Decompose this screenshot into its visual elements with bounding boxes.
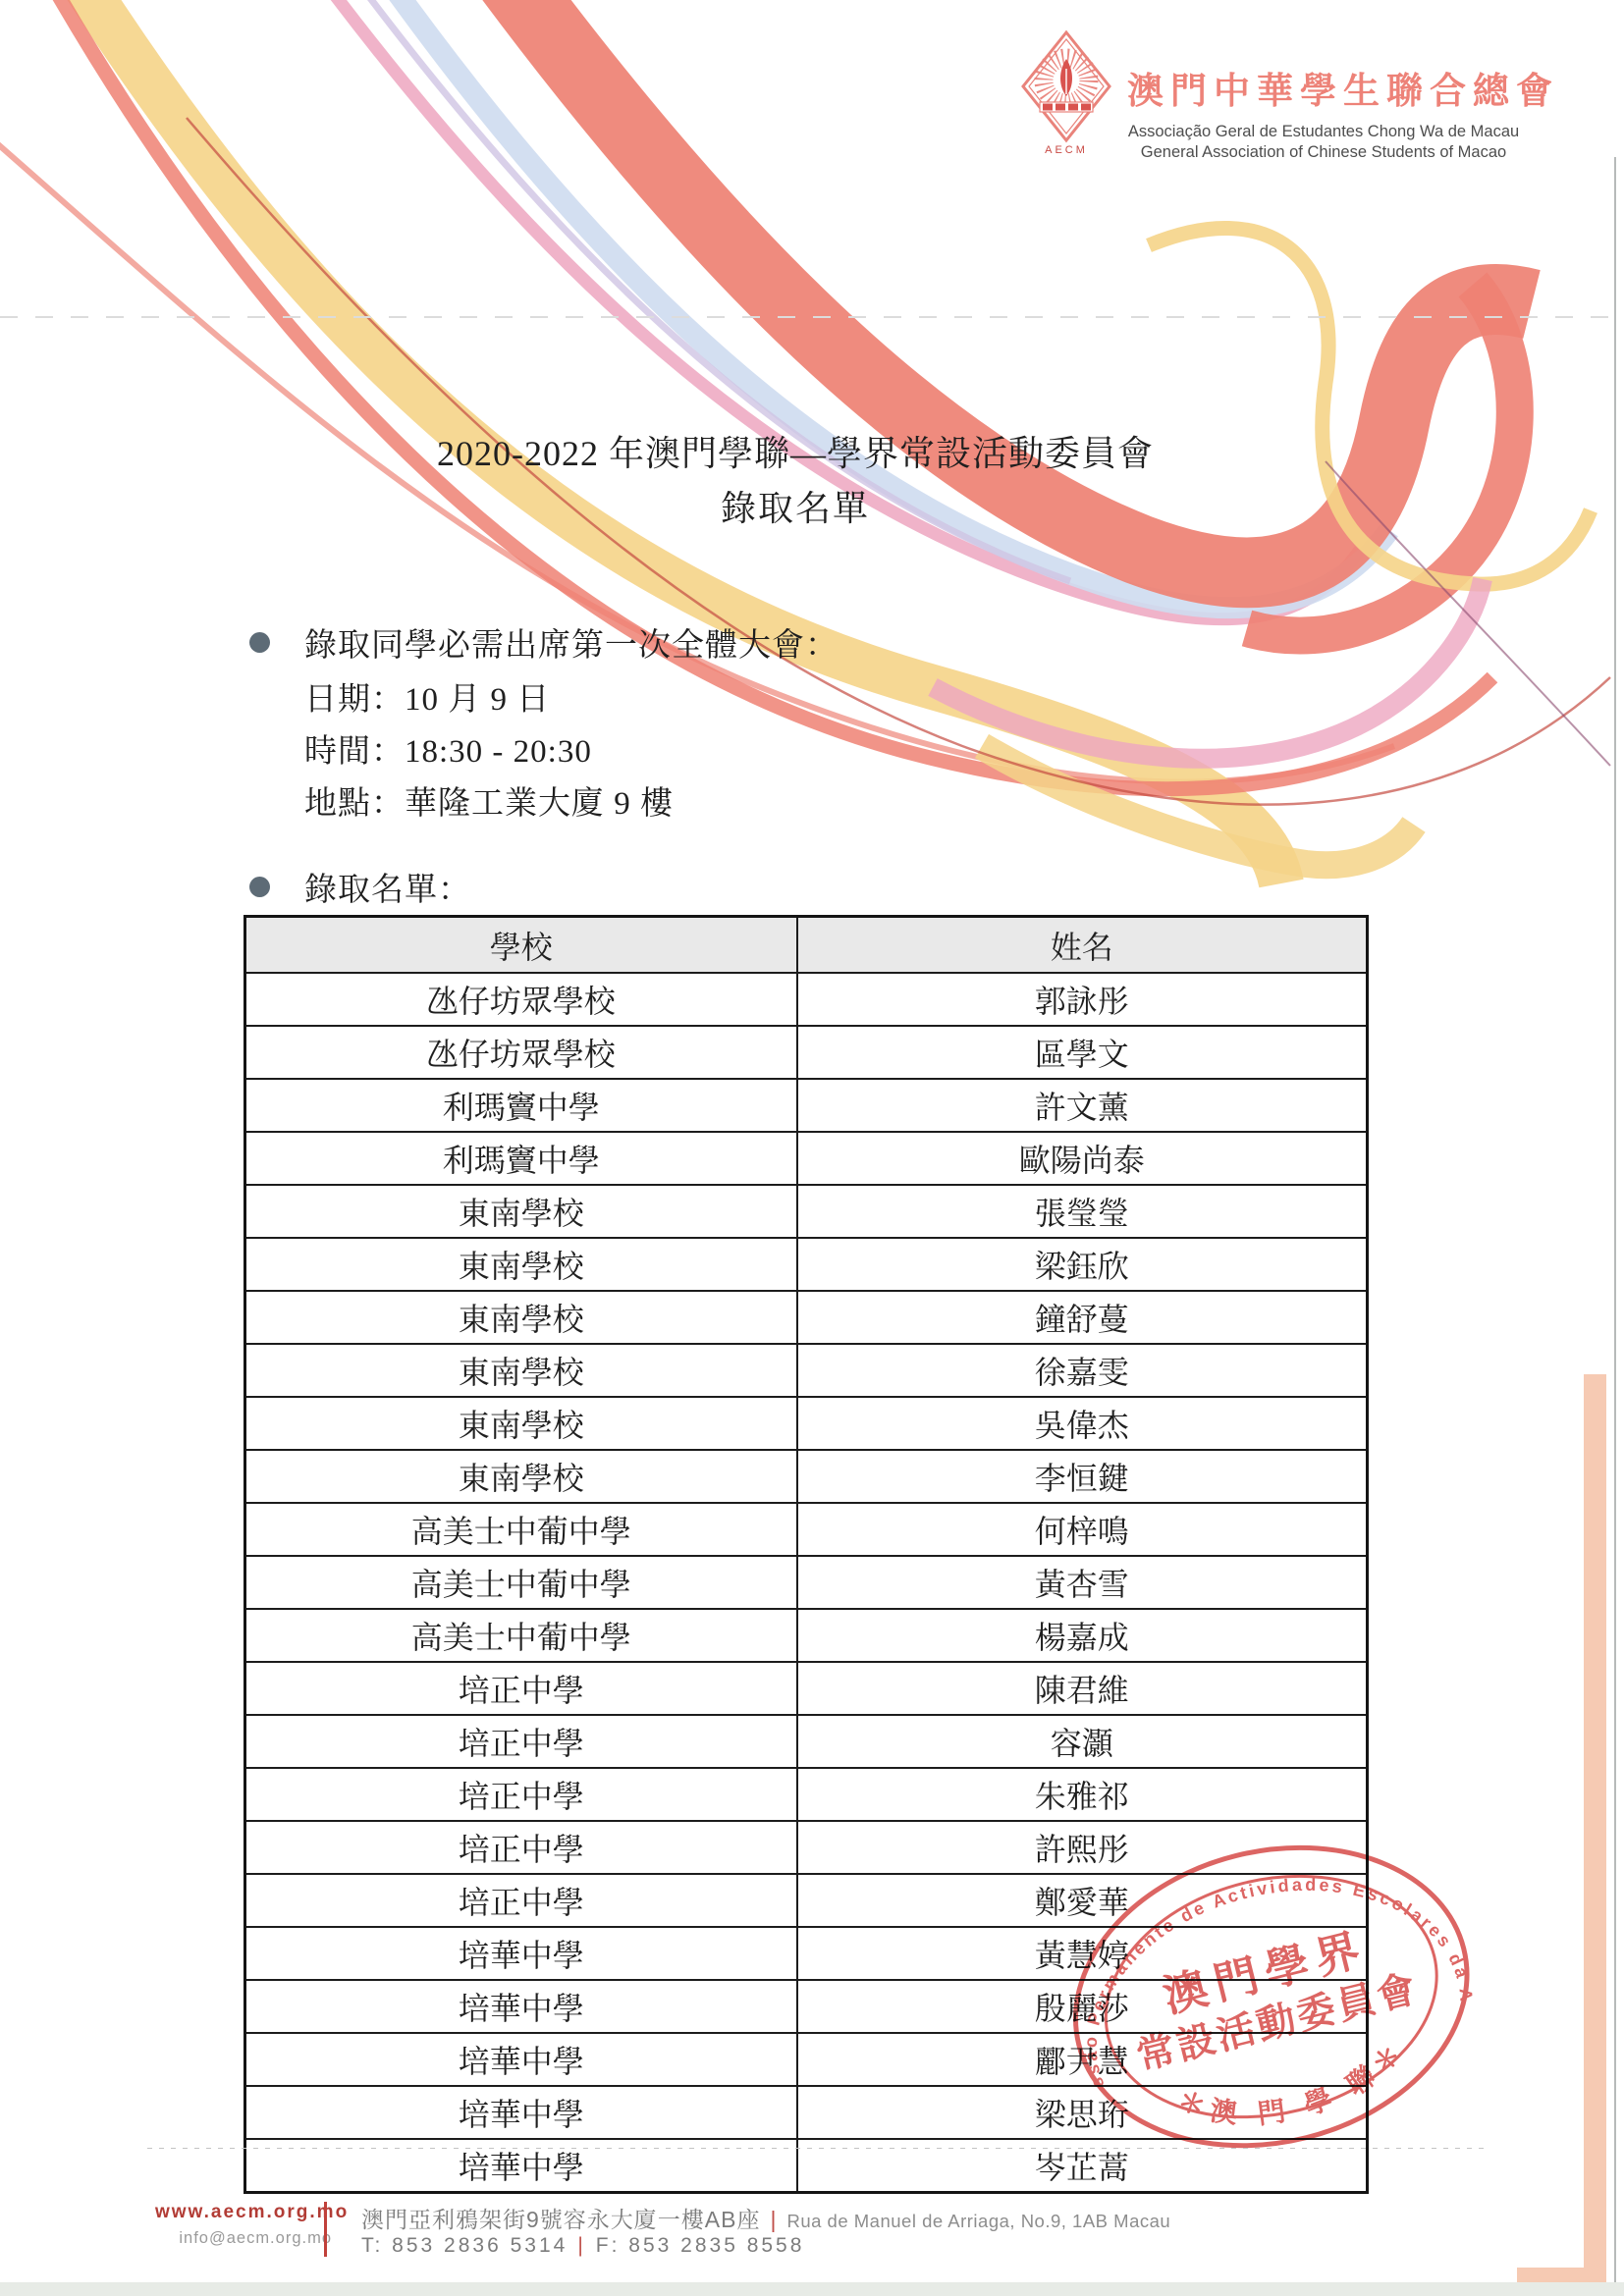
table-row: 氹仔坊眾學校 區學文 bbox=[245, 1026, 1368, 1079]
table-row: 東南學校 吳偉杰 bbox=[245, 1397, 1368, 1450]
name-column-header: 姓名 bbox=[797, 917, 1368, 974]
table-row: 培正中學 容灝 bbox=[245, 1715, 1368, 1768]
footer-tel: T: 853 2836 5314 bbox=[361, 2234, 568, 2257]
footer-address: 澳門亞利鴉架街9號容永大廈一樓AB座|Rua de Manuel de Arri… bbox=[361, 2202, 1170, 2234]
school-cell: 高美士中葡中學 bbox=[245, 1556, 797, 1609]
school-cell: 培華中學 bbox=[245, 2086, 797, 2139]
school-column-header: 學校 bbox=[245, 917, 797, 974]
name-cell: 陳君維 bbox=[797, 1662, 1368, 1715]
school-cell: 培華中學 bbox=[245, 2033, 797, 2086]
scan-edge-bottom bbox=[0, 2282, 1624, 2296]
school-cell: 東南學校 bbox=[245, 1291, 797, 1344]
table-row: 東南學校 徐嘉雯 bbox=[245, 1344, 1368, 1397]
name-cell: 黃杏雪 bbox=[797, 1556, 1368, 1609]
document-title-line1: 2020-2022 年澳門學聯—學界常設活動委員會 bbox=[0, 426, 1591, 476]
school-cell: 氹仔坊眾學校 bbox=[245, 973, 797, 1026]
school-cell: 東南學校 bbox=[245, 1344, 797, 1397]
bullet-dot bbox=[249, 877, 270, 897]
footer-email: info@aecm.org.mo bbox=[155, 2229, 332, 2248]
name-cell: 楊嘉成 bbox=[797, 1609, 1368, 1662]
name-cell: 梁鈺欣 bbox=[797, 1238, 1368, 1291]
bullet-dot bbox=[249, 632, 270, 653]
name-cell: 徐嘉雯 bbox=[797, 1344, 1368, 1397]
notice-venue: 地點：華隆工業大廈 9 樓 bbox=[304, 777, 674, 824]
table-row: 高美士中葡中學 黃杏雪 bbox=[245, 1556, 1368, 1609]
school-cell: 培正中學 bbox=[245, 1768, 797, 1821]
school-cell: 東南學校 bbox=[245, 1185, 797, 1238]
table-row: 高美士中葡中學 何梓鳴 bbox=[245, 1503, 1368, 1556]
table-row: 東南學校 李恒鍵 bbox=[245, 1450, 1368, 1503]
notice-heading: 錄取同學必需出席第一次全體大會： bbox=[304, 619, 839, 666]
name-cell: 容灝 bbox=[797, 1715, 1368, 1768]
name-cell: 許文薰 bbox=[797, 1079, 1368, 1132]
table-row: 利瑪竇中學 歐陽尚泰 bbox=[245, 1132, 1368, 1185]
name-cell: 區學文 bbox=[797, 1026, 1368, 1079]
school-cell: 東南學校 bbox=[245, 1450, 797, 1503]
footer-website: www.aecm.org.mo bbox=[155, 2202, 332, 2223]
perforation-line-top bbox=[0, 316, 1624, 318]
school-cell: 培正中學 bbox=[245, 1662, 797, 1715]
school-cell: 高美士中葡中學 bbox=[245, 1609, 797, 1662]
notice-date: 日期：10 月 9 日 bbox=[304, 673, 550, 720]
table-row: 東南學校 鐘舒蔓 bbox=[245, 1291, 1368, 1344]
school-cell: 培正中學 bbox=[245, 1821, 797, 1874]
table-row: 利瑪竇中學 許文薰 bbox=[245, 1079, 1368, 1132]
table-row: 培正中學 陳君維 bbox=[245, 1662, 1368, 1715]
table-row: 東南學校 張瑩瑩 bbox=[245, 1185, 1368, 1238]
school-cell: 東南學校 bbox=[245, 1238, 797, 1291]
table-row: 氹仔坊眾學校 郭詠彤 bbox=[245, 973, 1368, 1026]
org-name-pt: Associação Geral de Estudantes Chong Wa … bbox=[1127, 123, 1520, 141]
peach-side-bar bbox=[1584, 1374, 1606, 2282]
school-cell: 高美士中葡中學 bbox=[245, 1503, 797, 1556]
document-page: AECM 澳門中華學生聯合總會 Associação Geral de Estu… bbox=[0, 0, 1624, 2296]
name-cell: 何梓鳴 bbox=[797, 1503, 1368, 1556]
roster-label: 錄取名單： bbox=[304, 864, 471, 910]
org-name-en: General Association of Chinese Students … bbox=[1127, 143, 1520, 162]
school-cell: 培正中學 bbox=[245, 1715, 797, 1768]
perforation-line-bottom bbox=[147, 2148, 1485, 2149]
table-row: 高美士中葡中學 楊嘉成 bbox=[245, 1609, 1368, 1662]
school-cell: 培正中學 bbox=[245, 1874, 797, 1927]
footer-address-zh: 澳門亞利鴉架街9號容永大廈一樓AB座 bbox=[361, 2207, 760, 2232]
name-cell: 張瑩瑩 bbox=[797, 1185, 1368, 1238]
name-cell: 李恒鍵 bbox=[797, 1450, 1368, 1503]
association-logo: AECM bbox=[1017, 29, 1115, 155]
school-cell: 利瑪竇中學 bbox=[245, 1132, 797, 1185]
name-cell: 郭詠彤 bbox=[797, 973, 1368, 1026]
school-cell: 氹仔坊眾學校 bbox=[245, 1026, 797, 1079]
footer-address-en: Rua de Manuel de Arriaga, No.9, 1AB Maca… bbox=[786, 2211, 1170, 2231]
name-cell: 鐘舒蔓 bbox=[797, 1291, 1368, 1344]
logo-acronym: AECM bbox=[1045, 144, 1088, 155]
footer-fax: F: 853 2835 8558 bbox=[596, 2234, 805, 2257]
org-name-zh: 澳門中華學生聯合總會 bbox=[1127, 61, 1520, 114]
table-header-row: 學校 姓名 bbox=[245, 917, 1368, 974]
scan-edge-right bbox=[1614, 157, 1616, 2296]
footer-phone-fax: T: 853 2836 5314|F: 853 2835 8558 bbox=[361, 2234, 804, 2258]
document-title-line2: 錄取名單 bbox=[0, 481, 1591, 531]
footer-pipe: | bbox=[760, 2207, 786, 2232]
school-cell: 培華中學 bbox=[245, 1980, 797, 2033]
table-row: 東南學校 梁鈺欣 bbox=[245, 1238, 1368, 1291]
school-cell: 利瑪竇中學 bbox=[245, 1079, 797, 1132]
school-cell: 培華中學 bbox=[245, 1927, 797, 1980]
footer-pipe: | bbox=[568, 2234, 595, 2257]
footer-divider bbox=[324, 2202, 327, 2257]
org-name-block: 澳門中華學生聯合總會 Associação Geral de Estudante… bbox=[1127, 61, 1520, 162]
name-cell: 吳偉杰 bbox=[797, 1397, 1368, 1450]
school-cell: 東南學校 bbox=[245, 1397, 797, 1450]
name-cell: 歐陽尚泰 bbox=[797, 1132, 1368, 1185]
notice-time: 時間：18:30 - 20:30 bbox=[304, 725, 592, 772]
